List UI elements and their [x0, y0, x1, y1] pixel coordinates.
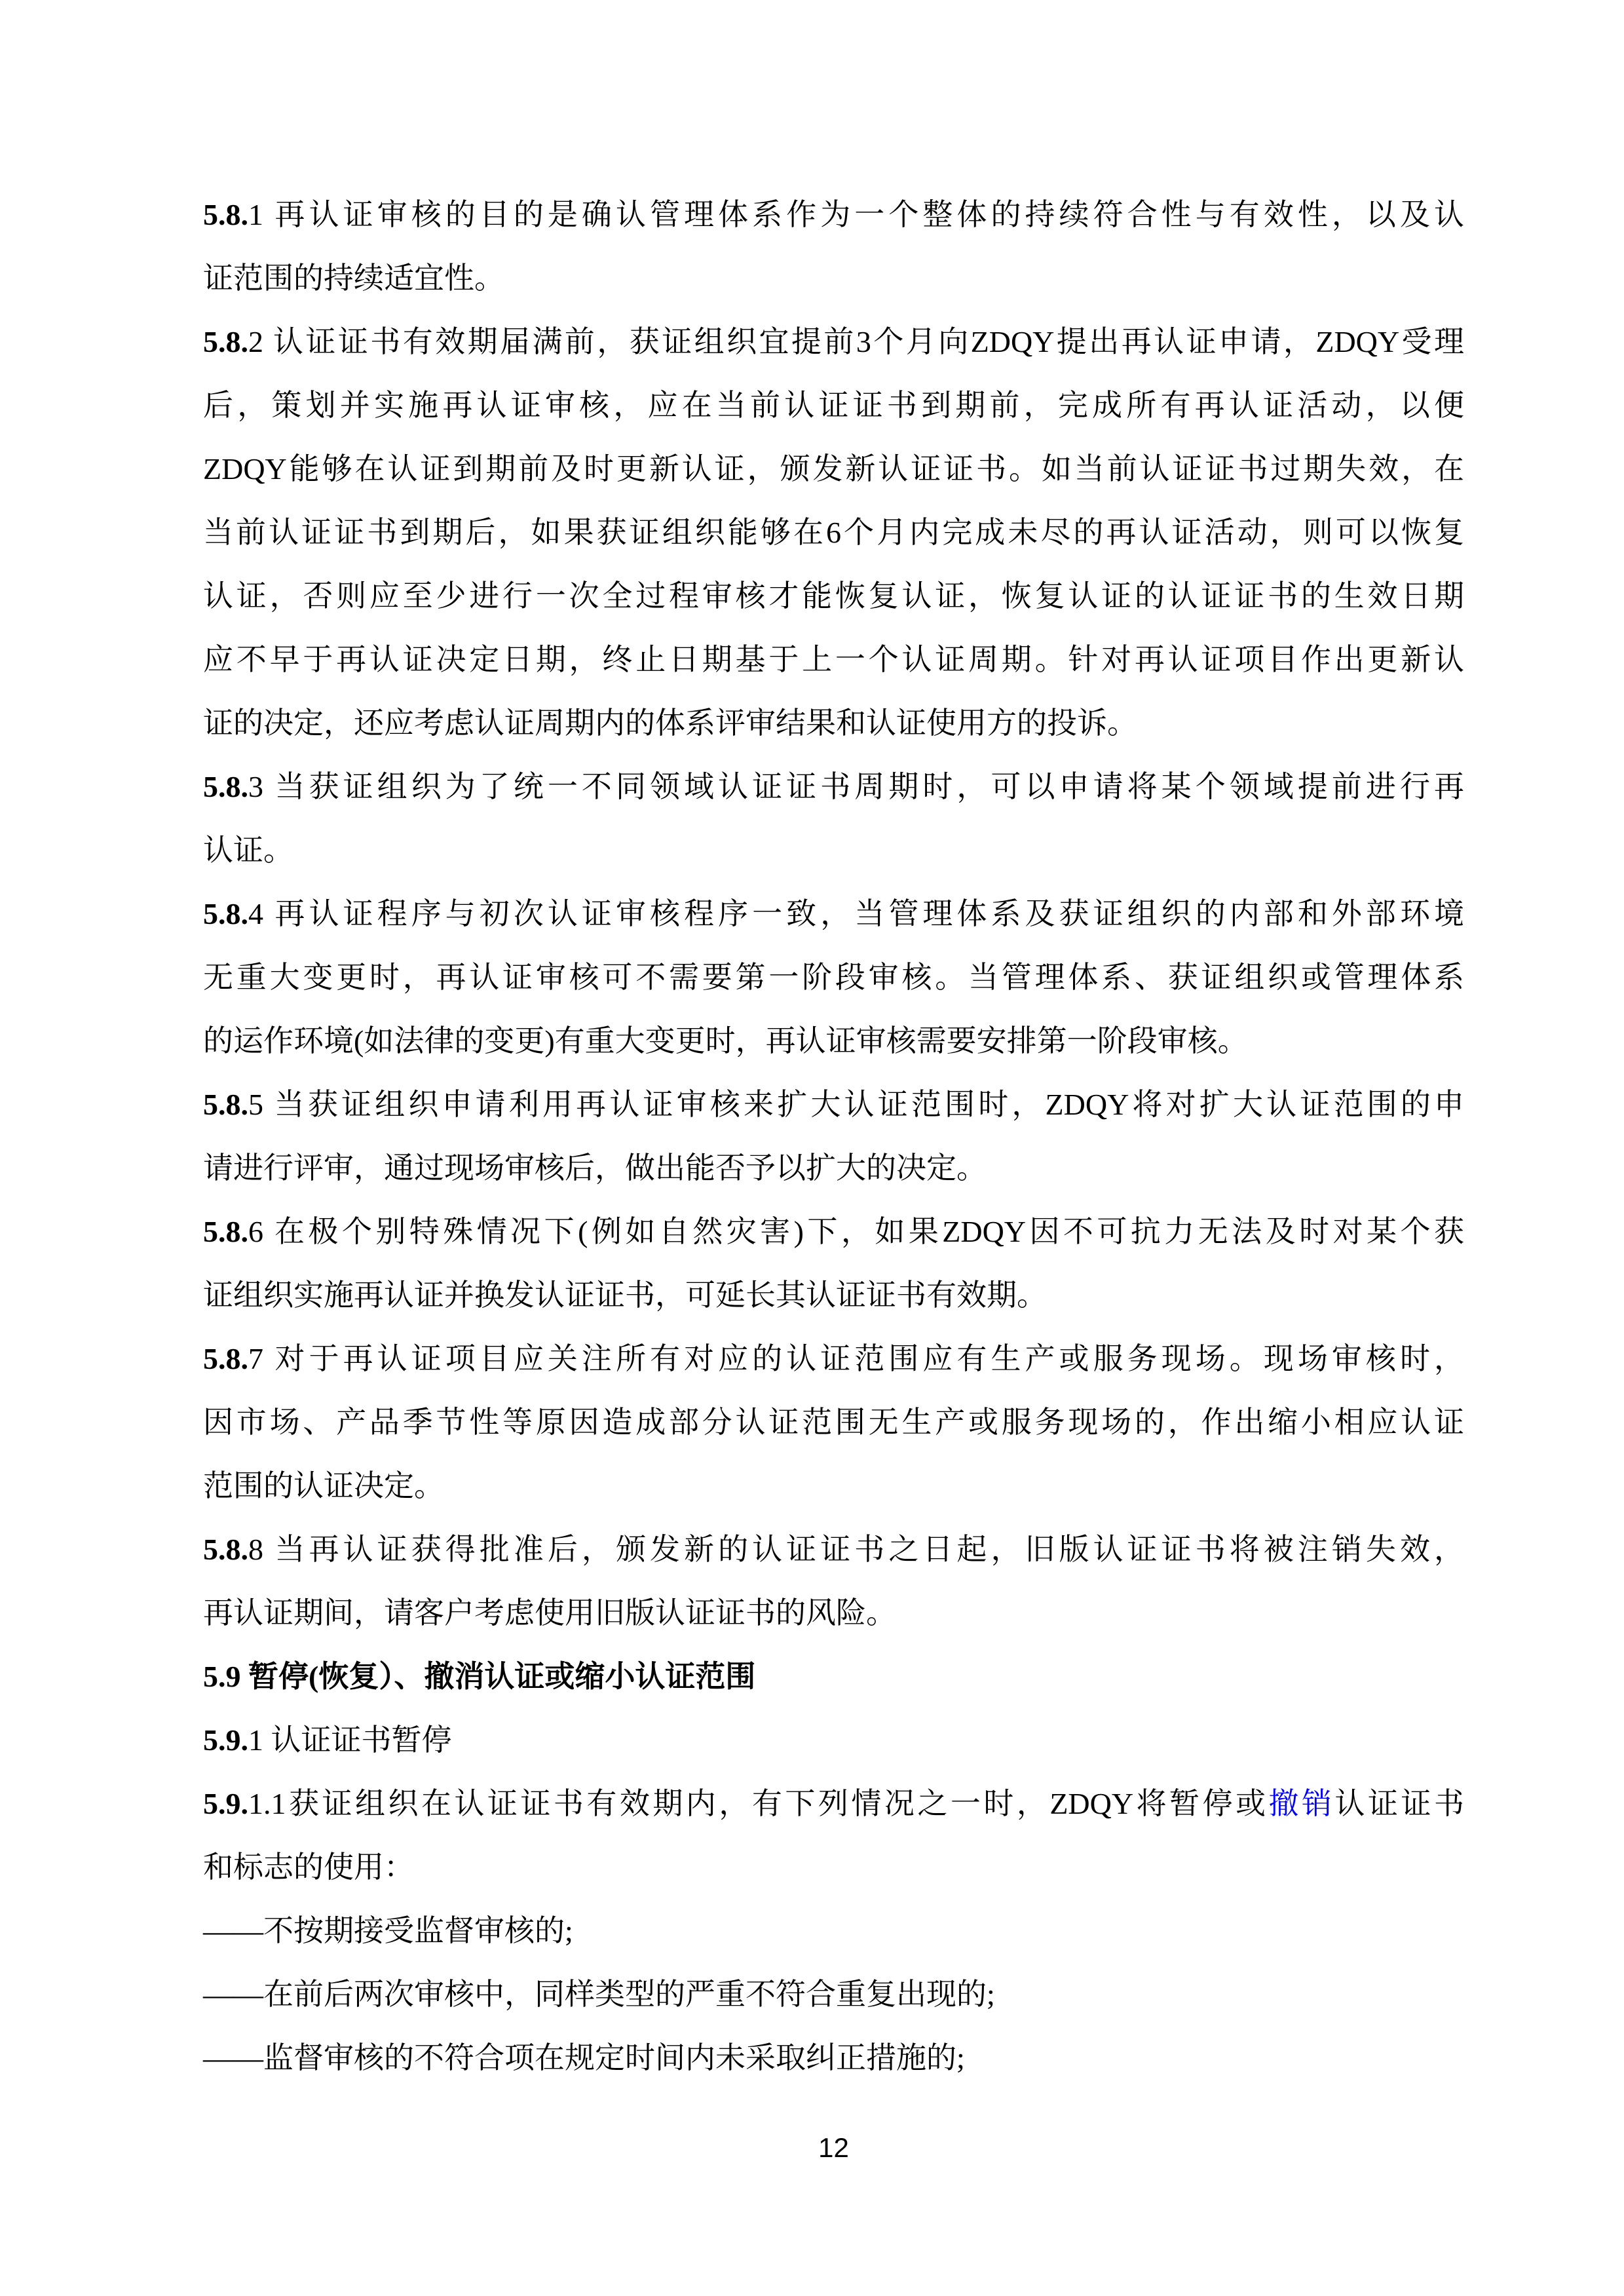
text-segment: 认证证书: [1335, 1787, 1464, 1820]
text-segment: 1.1获证组织在认证证书有效期内，有下列情况之一时，ZDQY将暂停或: [248, 1787, 1269, 1820]
text-line: 请进行评审，通过现场审核后，做出能否予以扩大的决定。: [203, 1136, 1464, 1200]
text-line: 后，策划并实施再认证审核，应在当前认证证书到期前，完成所有再认证活动，以便: [203, 373, 1464, 437]
section-number: 5.8.: [203, 198, 248, 231]
section-number: 5.8.: [203, 770, 248, 803]
text-segment: 1 再认证审核的目的是确认管理体系作为一个整体的持续符合性与有效性，以及认: [248, 198, 1464, 231]
text-segment: 认证。: [203, 833, 293, 867]
text-segment: 3 当获证组织为了统一不同领域认证证书周期时，可以申请将某个领域提前进行再: [248, 770, 1464, 803]
text-segment: 证范围的持续适宜性。: [203, 261, 504, 295]
text-segment: ——不按期接受监督审核的;: [203, 1914, 573, 1947]
text-line: 认证。: [203, 818, 1464, 882]
text-line: ——在前后两次审核中，同样类型的严重不符合重复出现的;: [203, 1962, 1464, 2026]
text-line: ——不按期接受监督审核的;: [203, 1899, 1464, 1962]
text-line: 范围的认证决定。: [203, 1454, 1464, 1518]
text-content: 5.8.1 再认证审核的目的是确认管理体系作为一个整体的持续符合性与有效性，以及…: [203, 183, 1464, 2090]
text-segment: 请进行评审，通过现场审核后，做出能否予以扩大的决定。: [203, 1151, 987, 1185]
text-segment: ZDQY能够在认证到期前及时更新认证，颁发新认证证书。如当前认证证书过期失效，在: [203, 452, 1464, 486]
text-segment: 范围的认证决定。: [203, 1469, 444, 1502]
text-line: 证组织实施再认证并换发认证证书，可延长其认证证书有效期。: [203, 1263, 1464, 1327]
document-page: 5.8.1 再认证审核的目的是确认管理体系作为一个整体的持续符合性与有效性，以及…: [0, 0, 1624, 2296]
text-line: 因市场、产品季节性等原因造成部分认证范围无生产或服务现场的，作出缩小相应认证: [203, 1390, 1464, 1454]
text-segment: 7 对于再认证项目应关注所有对应的认证范围应有生产或服务现场。现场审核时，: [248, 1342, 1464, 1375]
section-number: 5.9 暂停(恢复）、撤消认证或缩小认证范围: [203, 1660, 755, 1693]
revoke-link[interactable]: 撤销: [1269, 1787, 1335, 1820]
text-line: 证的决定，还应考虑认证周期内的体系评审结果和认证使用方的投诉。: [203, 691, 1464, 755]
section-number: 5.8.: [203, 1088, 248, 1121]
text-line: ZDQY能够在认证到期前及时更新认证，颁发新认证证书。如当前认证证书过期失效，在: [203, 437, 1464, 501]
section-number: 5.8.: [203, 1533, 248, 1566]
text-line: 证范围的持续适宜性。: [203, 246, 1464, 310]
section-number: 5.9.: [203, 1787, 248, 1820]
text-line: 当前认证证书到期后，如果获证组织能够在6个月内完成未尽的再认证活动，则可以恢复: [203, 501, 1464, 564]
text-segment: 5 当获证组织申请利用再认证审核来扩大认证范围时，ZDQY将对扩大认证范围的申: [248, 1088, 1464, 1121]
section-number: 5.9.: [203, 1723, 248, 1757]
text-line: 5.8.3 当获证组织为了统一不同领域认证证书周期时，可以申请将某个领域提前进行…: [203, 755, 1464, 818]
section-number: 5.8.: [203, 897, 248, 930]
text-line: 5.8.4 再认证程序与初次认证审核程序一致，当管理体系及获证组织的内部和外部环…: [203, 882, 1464, 946]
section-number: 5.8.: [203, 1215, 248, 1248]
text-segment: 无重大变更时，再认证审核可不需要第一阶段审核。当管理体系、获证组织或管理体系: [203, 961, 1464, 994]
text-segment: 再认证期间，请客户考虑使用旧版认证证书的风险。: [203, 1596, 896, 1630]
text-line: 应不早于再认证决定日期，终止日期基于上一个认证周期。针对再认证项目作出更新认: [203, 628, 1464, 691]
section-number: 5.8.: [203, 325, 248, 358]
text-segment: ——在前后两次审核中，同样类型的严重不符合重复出现的;: [203, 1978, 995, 2011]
section-number: 5.8.: [203, 1342, 248, 1375]
text-segment: 的运作环境(如法律的变更)有重大变更时，再认证审核需要安排第一阶段审核。: [203, 1024, 1248, 1058]
text-segment: 和标志的使用：: [203, 1850, 414, 1884]
text-segment: 4 再认证程序与初次认证审核程序一致，当管理体系及获证组织的内部和外部环境: [248, 897, 1464, 930]
text-segment: ——监督审核的不符合项在规定时间内未采取纠正措施的;: [203, 2041, 965, 2075]
text-segment: 因市场、产品季节性等原因造成部分认证范围无生产或服务现场的，作出缩小相应认证: [203, 1406, 1464, 1439]
text-segment: 1 认证证书暂停: [248, 1723, 452, 1757]
text-segment: 后，策划并实施再认证审核，应在当前认证证书到期前，完成所有再认证活动，以便: [203, 389, 1464, 422]
text-line: 5.8.5 当获证组织申请利用再认证审核来扩大认证范围时，ZDQY将对扩大认证范…: [203, 1073, 1464, 1136]
text-line: 5.8.7 对于再认证项目应关注所有对应的认证范围应有生产或服务现场。现场审核时…: [203, 1327, 1464, 1390]
text-line: ——监督审核的不符合项在规定时间内未采取纠正措施的;: [203, 2026, 1464, 2090]
text-line: 无重大变更时，再认证审核可不需要第一阶段审核。当管理体系、获证组织或管理体系: [203, 946, 1464, 1009]
text-segment: 2 认证证书有效期届满前，获证组织宜提前3个月向ZDQY提出再认证申请，ZDQY…: [248, 325, 1464, 358]
text-segment: 应不早于再认证决定日期，终止日期基于上一个认证周期。针对再认证项目作出更新认: [203, 643, 1464, 676]
text-line: 5.8.2 认证证书有效期届满前，获证组织宜提前3个月向ZDQY提出再认证申请，…: [203, 310, 1464, 373]
text-line: 5.8.8 当再认证获得批准后，颁发新的认证证书之日起，旧版认证证书将被注销失效…: [203, 1518, 1464, 1581]
text-line: 5.9 暂停(恢复）、撤消认证或缩小认证范围: [203, 1645, 1464, 1708]
text-segment: 6 在极个别特殊情况下(例如自然灾害)下，如果ZDQY因不可抗力无法及时对某个获: [248, 1215, 1464, 1248]
text-segment: 证的决定，还应考虑认证周期内的体系评审结果和认证使用方的投诉。: [203, 706, 1137, 740]
text-line: 认证，否则应至少进行一次全过程审核才能恢复认证，恢复认证的认证证书的生效日期: [203, 564, 1464, 628]
page-number: 12: [203, 2132, 1464, 2164]
text-segment: 当前认证证书到期后，如果获证组织能够在6个月内完成未尽的再认证活动，则可以恢复: [203, 516, 1464, 549]
text-segment: 认证，否则应至少进行一次全过程审核才能恢复认证，恢复认证的认证证书的生效日期: [203, 579, 1464, 613]
text-line: 5.8.1 再认证审核的目的是确认管理体系作为一个整体的持续符合性与有效性，以及…: [203, 183, 1464, 246]
text-line: 和标志的使用：: [203, 1835, 1464, 1899]
text-line: 5.9.1 认证证书暂停: [203, 1708, 1464, 1772]
text-line: 5.8.6 在极个别特殊情况下(例如自然灾害)下，如果ZDQY因不可抗力无法及时…: [203, 1200, 1464, 1263]
text-line: 再认证期间，请客户考虑使用旧版认证证书的风险。: [203, 1581, 1464, 1645]
text-segment: 证组织实施再认证并换发认证证书，可延长其认证证书有效期。: [203, 1278, 1047, 1312]
text-line: 的运作环境(如法律的变更)有重大变更时，再认证审核需要安排第一阶段审核。: [203, 1009, 1464, 1073]
text-segment: 8 当再认证获得批准后，颁发新的认证证书之日起，旧版认证证书将被注销失效，: [248, 1533, 1464, 1566]
text-line: 5.9.1.1获证组织在认证证书有效期内，有下列情况之一时，ZDQY将暂停或撤销…: [203, 1772, 1464, 1835]
